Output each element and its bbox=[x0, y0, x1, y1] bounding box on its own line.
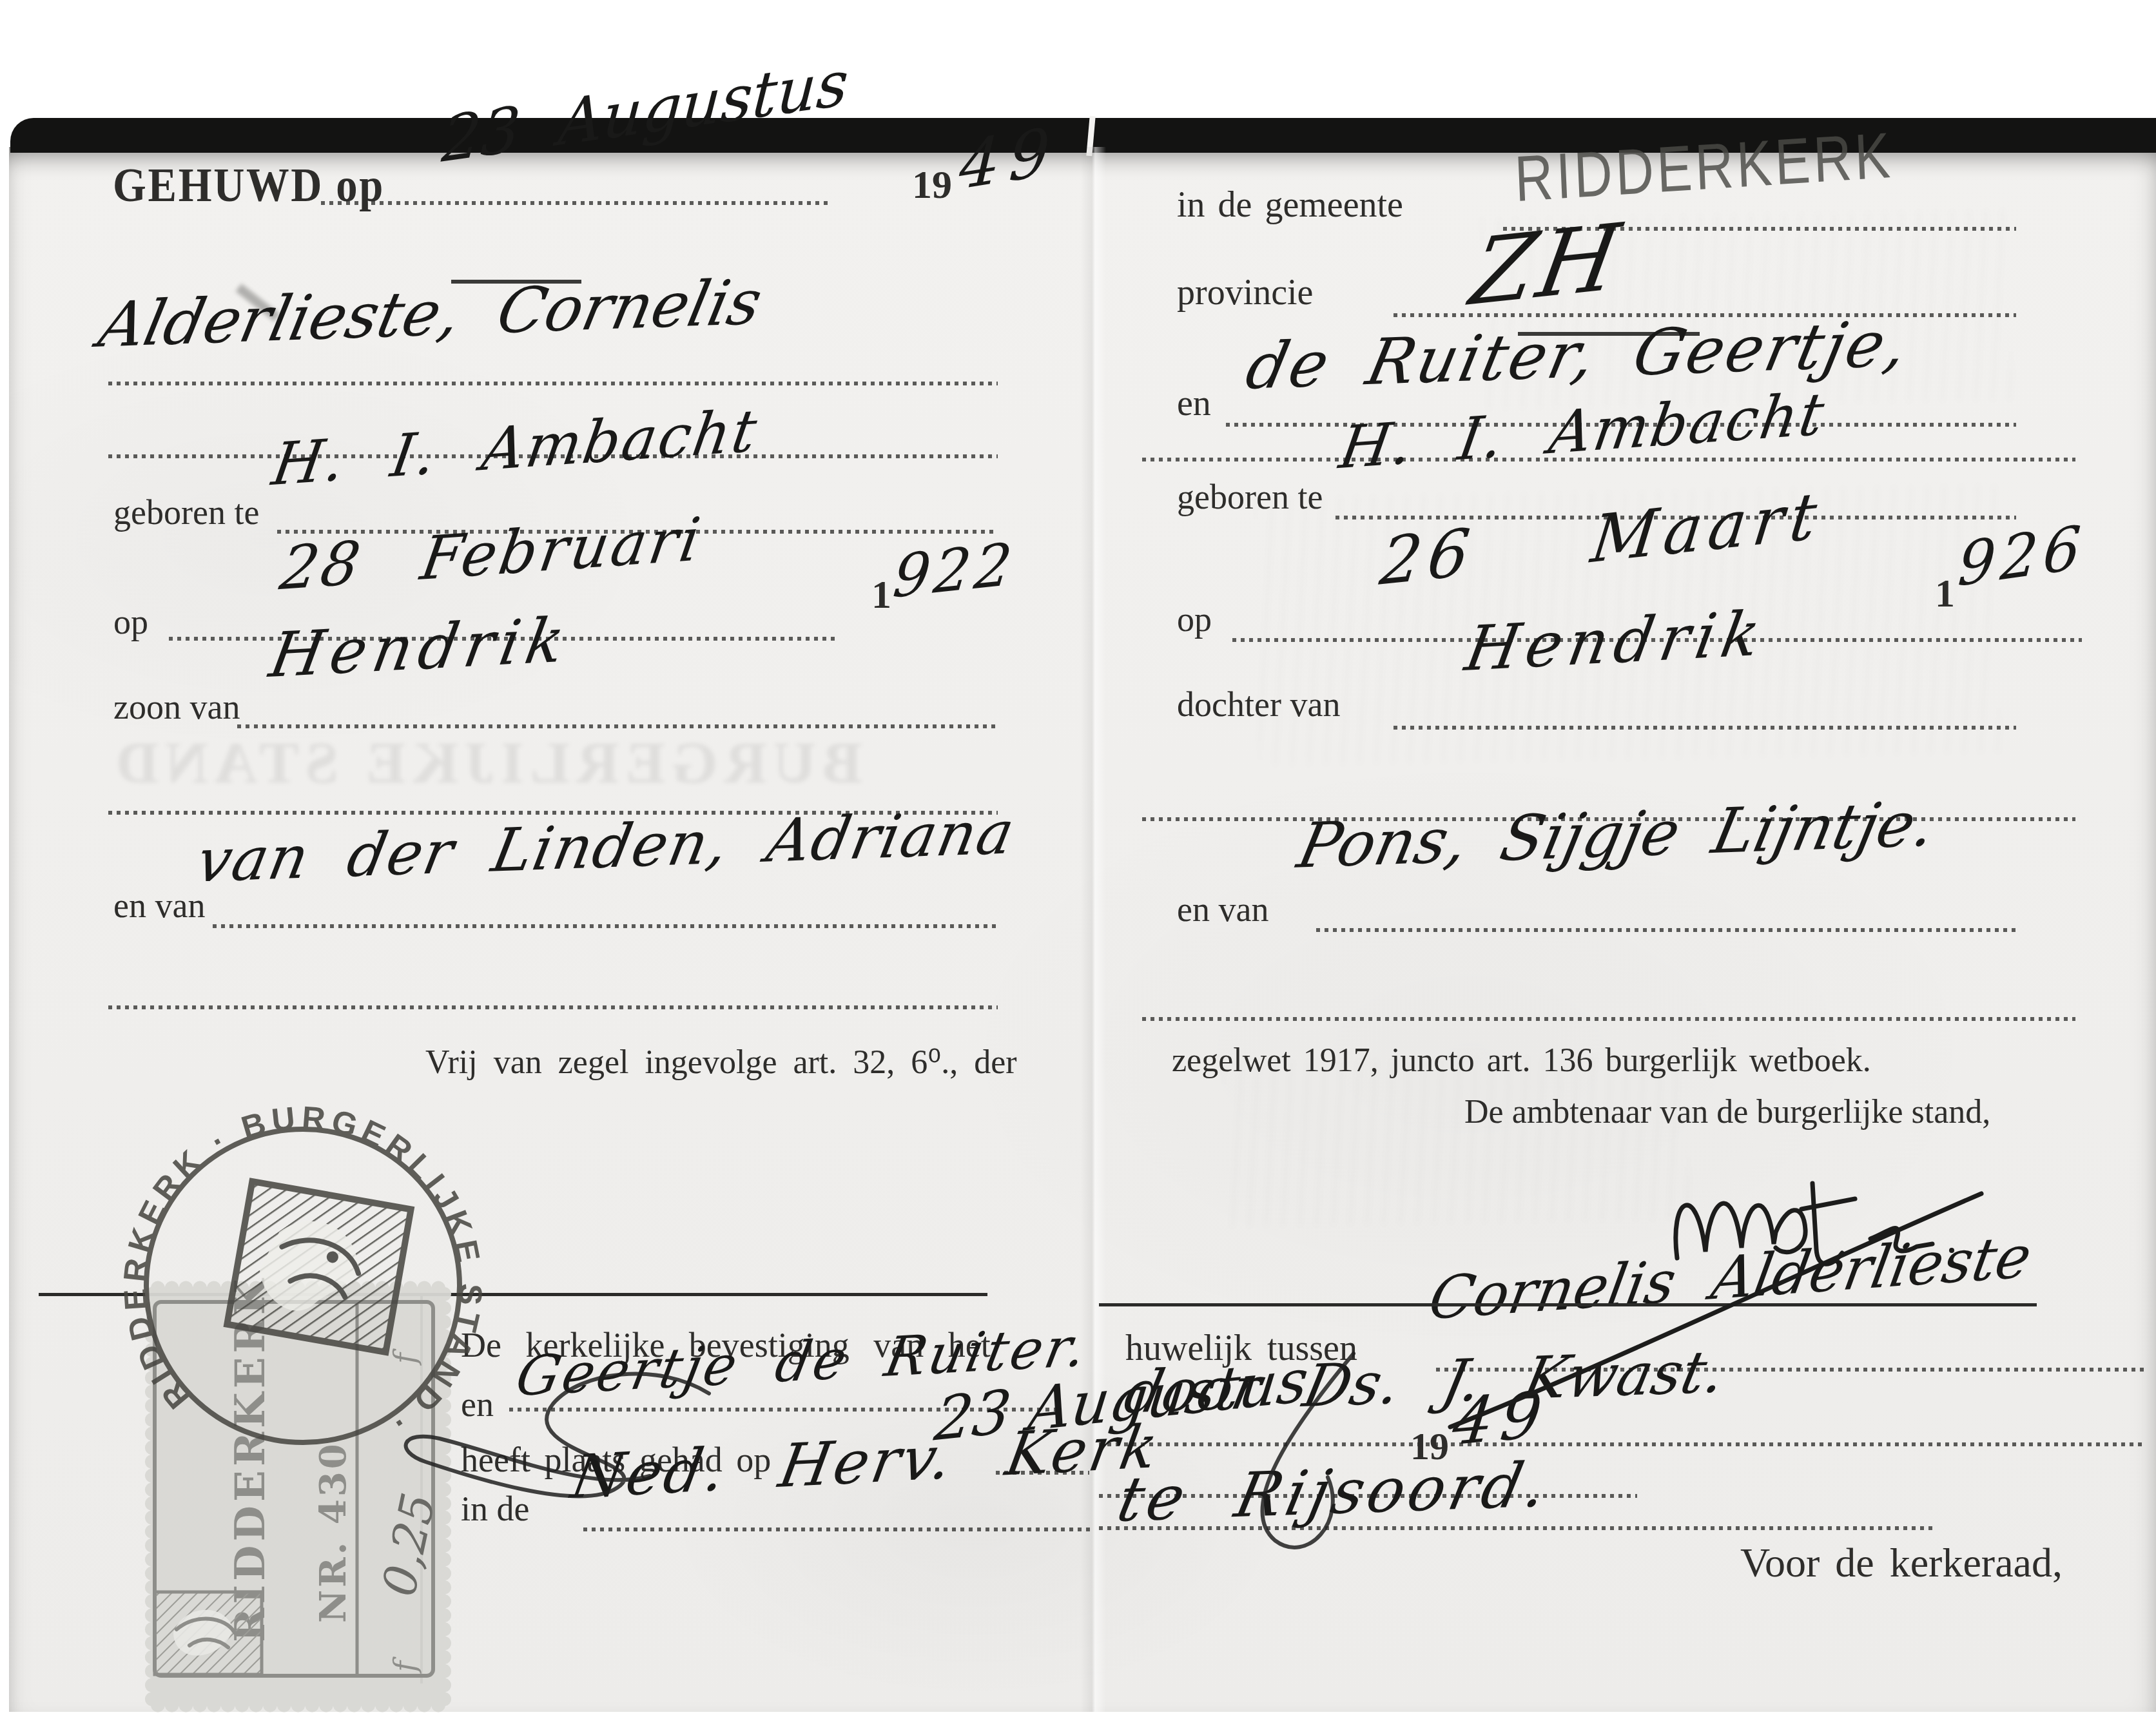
daughter-of-label: dochter van bbox=[1177, 684, 1340, 724]
marriage-certificate-scan: BURGERLIJKE STAND GEHUWD op 23 Augustus … bbox=[0, 0, 2156, 1717]
born-at-label: geboren te bbox=[113, 492, 259, 532]
groom-birthyear-printed: 1 bbox=[871, 572, 891, 618]
dotted-line bbox=[237, 724, 996, 728]
round-stamp-emblem bbox=[227, 1181, 411, 1352]
revenue-stamp-number: NR. 430 bbox=[312, 1441, 354, 1623]
and-label: en bbox=[1177, 383, 1211, 424]
groom-birthyear-handwriting: 922 bbox=[890, 530, 1019, 612]
dotted-line bbox=[108, 1005, 998, 1009]
married-on-label: GEHUWD op bbox=[113, 159, 385, 213]
dotted-line bbox=[321, 201, 831, 205]
province-label: provincie bbox=[1177, 272, 1313, 313]
marriage-year-handwriting: 49 bbox=[958, 112, 1061, 205]
registrar-signature bbox=[1450, 1121, 2030, 1534]
dotted-line bbox=[1316, 928, 2016, 932]
dotted-line bbox=[213, 924, 998, 928]
and-of-label-right: en van bbox=[1177, 889, 1268, 929]
revenue-stamp-coat-of-arms bbox=[155, 1592, 262, 1674]
civil-registry-round-stamp: RIDDERKERK · BURGERLIJKE STAND · bbox=[127, 1110, 479, 1462]
tax-exempt-note-right: zegelwet 1917, juncto art. 136 burgerlij… bbox=[1172, 1042, 1871, 1080]
dotted-line bbox=[1142, 1017, 2075, 1021]
on-label: op bbox=[113, 602, 148, 642]
son-of-label: zoon van bbox=[113, 687, 240, 727]
dotted-line bbox=[1394, 726, 2016, 730]
minister-signature-loop bbox=[1199, 1328, 1392, 1560]
church-council-label: Voor de kerkeraad, bbox=[1740, 1539, 2063, 1587]
province-handwriting: ZH bbox=[1464, 204, 1631, 327]
born-at-label-right: geboren te bbox=[1177, 477, 1323, 517]
dotted-line bbox=[108, 382, 998, 385]
marriage-year-printed: 19 bbox=[912, 162, 952, 208]
bride-birthyear-printed: 1 bbox=[1935, 571, 1955, 617]
and-of-label: en van bbox=[113, 886, 205, 926]
municipality-label: in de gemeente bbox=[1177, 184, 1403, 226]
dotted-line bbox=[583, 1528, 1093, 1531]
tax-exempt-note-left: Vrij van zegel ingevolge art. 32, 6⁰., d… bbox=[425, 1043, 1017, 1082]
bleed-through-text: BURGERLIJKE STAND bbox=[110, 728, 862, 797]
on-label-right: op bbox=[1177, 599, 1212, 639]
